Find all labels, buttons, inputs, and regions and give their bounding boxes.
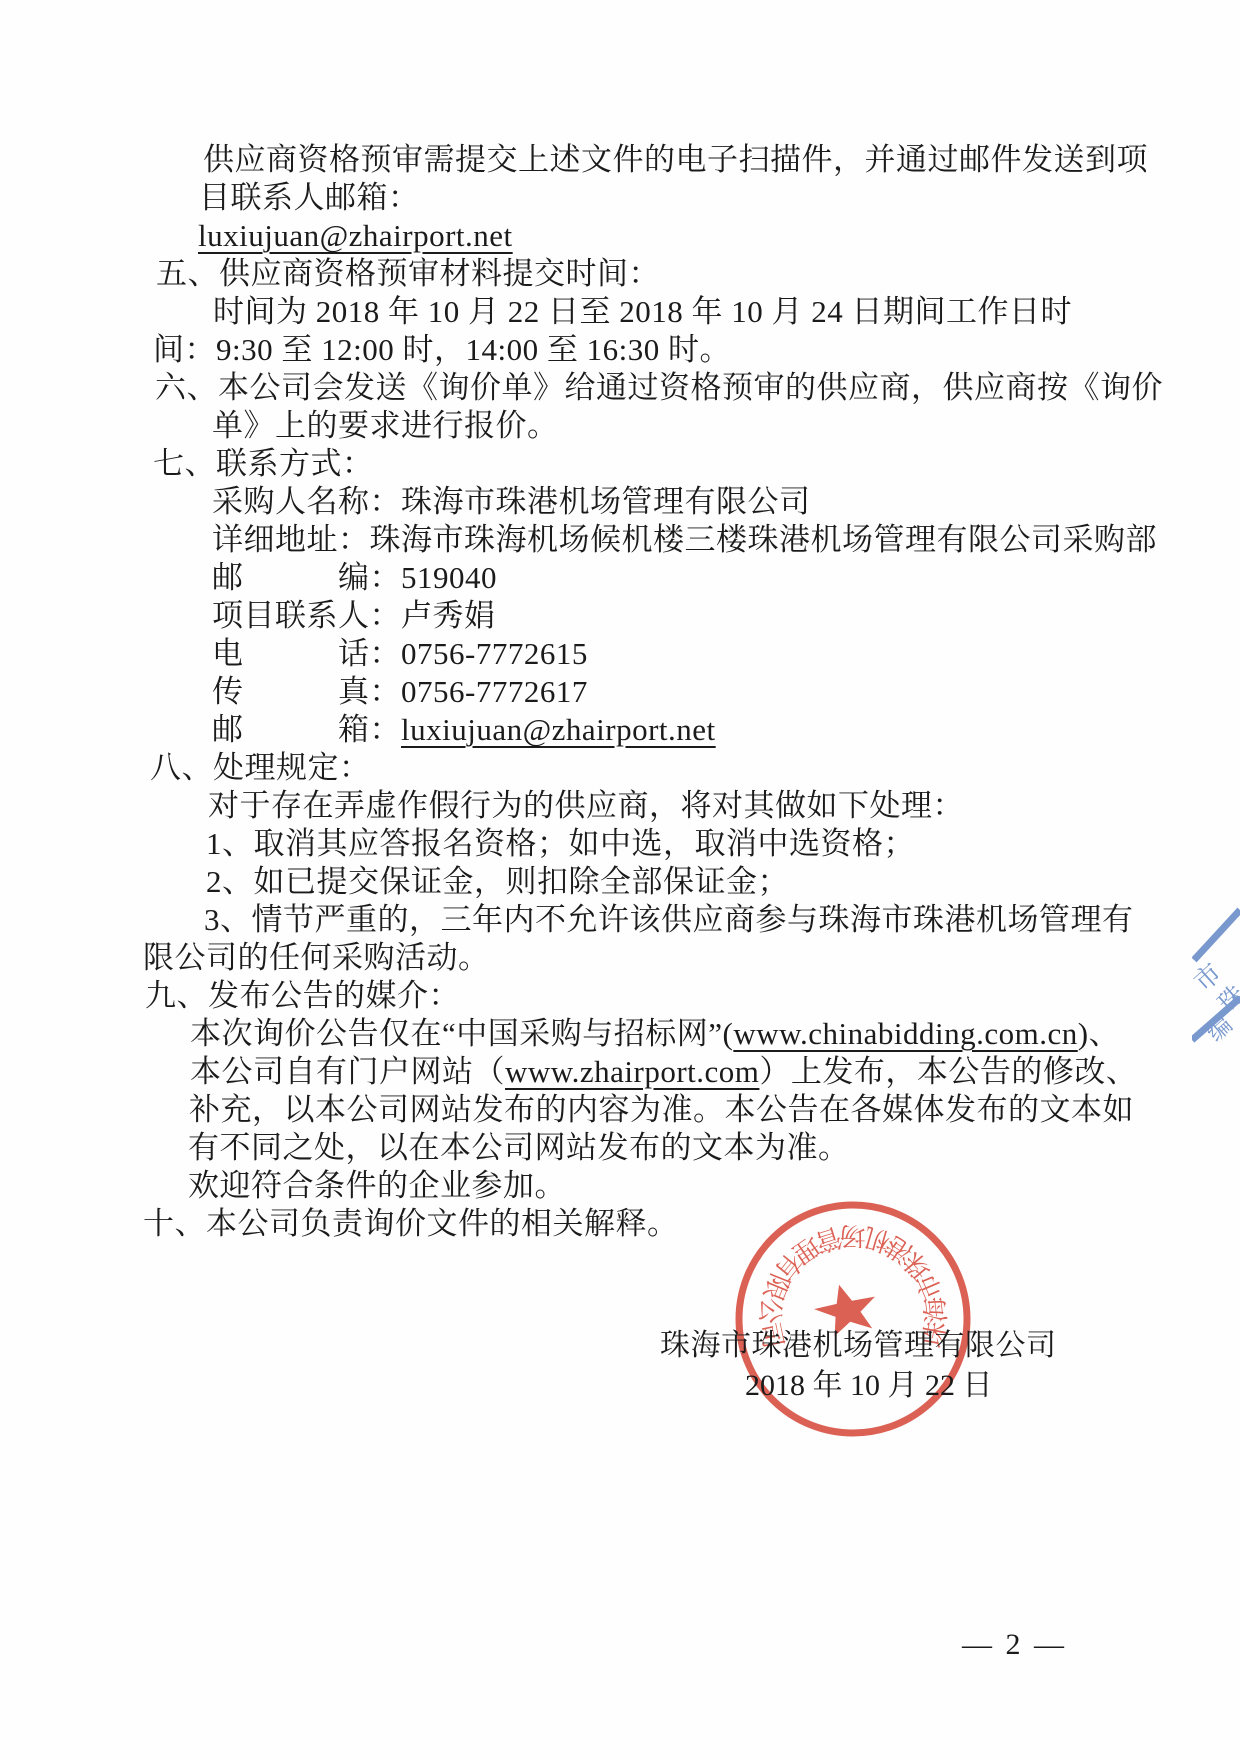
text-line: 五、供应商资格预审材料提交时间：: [0, 255, 1240, 293]
text-segment: 时间为 2018 年 10 月 22 日至 2018 年 10 月 24 日期间…: [213, 294, 1072, 329]
underlined-link-text: www.chinabidding.com.cn: [733, 1016, 1077, 1051]
text-line: 时间为 2018 年 10 月 22 日至 2018 年 10 月 24 日期间…: [0, 293, 1240, 331]
text-line: 邮 箱：luxiujuan@zhairport.net: [0, 711, 1240, 749]
text-line: 欢迎符合条件的企业参加。: [0, 1167, 1240, 1205]
text-line: 九、发布公告的媒介：: [0, 977, 1240, 1015]
text-line: 六、本公司会发送《询价单》给通过资格预审的供应商，供应商按《询价: [0, 369, 1240, 407]
text-segment: 采购人名称：珠海市珠港机场管理有限公司: [212, 484, 811, 519]
text-segment: 传 真：0756-7772617: [212, 674, 588, 709]
underlined-link-text: luxiujuan@zhairport.net: [198, 218, 513, 253]
text-segment: )、: [1078, 1016, 1120, 1051]
text-segment: 1、取消其应答报名资格；如中选，取消中选资格；: [206, 826, 915, 861]
text-segment: 十、本公司负责询价文件的相关解释。: [143, 1206, 679, 1241]
blue-stamp-border-top: [1194, 910, 1240, 960]
text-segment: 八、处理规定：: [150, 750, 371, 785]
text-segment: 本公司自有门户网站（: [190, 1054, 505, 1089]
text-segment: 目联系人邮箱：: [199, 180, 420, 215]
text-line: 1、取消其应答报名资格；如中选，取消中选资格；: [0, 825, 1240, 863]
text-segment: 详细地址：珠海市珠海机场候机楼三楼珠港机场管理有限公司采购部: [212, 522, 1157, 557]
text-segment: 本次询价公告仅在“中国采购与招标网”(: [190, 1016, 733, 1051]
text-line: 本次询价公告仅在“中国采购与招标网”(www.chinabidding.com.…: [0, 1015, 1240, 1053]
company-seal-stamp: 珠海市珠港机场管理有限公司: [723, 1189, 983, 1449]
text-segment: 七、联系方式：: [153, 446, 374, 481]
text-line: 供应商资格预审需提交上述文件的电子扫描件，并通过邮件发送到项: [0, 141, 1240, 179]
text-line: 八、处理规定：: [0, 749, 1240, 787]
text-line: 间：9:30 至 12:00 时，14:00 至 16:30 时。: [0, 331, 1240, 369]
text-segment: 对于存在弄虚作假行为的供应商，将对其做如下处理：: [208, 788, 964, 823]
text-line: 3、情节严重的，三年内不允许该供应商参与珠海市珠港机场管理有: [0, 901, 1240, 939]
text-line: 电 话：0756-7772615: [0, 635, 1240, 673]
text-line: luxiujuan@zhairport.net: [0, 217, 1240, 255]
text-line: 对于存在弄虚作假行为的供应商，将对其做如下处理：: [0, 787, 1240, 825]
document-body: 供应商资格预审需提交上述文件的电子扫描件，并通过邮件发送到项目联系人邮箱：lux…: [0, 141, 1240, 1243]
text-segment: 2、如已提交保证金，则扣除全部保证金；: [206, 864, 789, 899]
underlined-link-text: www.zhairport.com: [505, 1054, 759, 1089]
text-line: 2、如已提交保证金，则扣除全部保证金；: [0, 863, 1240, 901]
text-line: 七、联系方式：: [0, 445, 1240, 483]
text-line: 传 真：0756-7772617: [0, 673, 1240, 711]
text-line: 限公司的任何采购活动。: [0, 939, 1240, 977]
signature-date: 2018 年 10 月 22 日: [745, 1360, 993, 1404]
text-line: 详细地址：珠海市珠海机场候机楼三楼珠港机场管理有限公司采购部: [0, 521, 1240, 559]
text-segment: 项目联系人：卢秀娟: [212, 598, 496, 633]
document-page: 供应商资格预审需提交上述文件的电子扫描件，并通过邮件发送到项目联系人邮箱：lux…: [0, 0, 1240, 1760]
text-line: 十、本公司负责询价文件的相关解释。: [0, 1205, 1240, 1243]
text-segment: 六、本公司会发送《询价单》给通过资格预审的供应商，供应商按《询价: [155, 370, 1163, 405]
text-segment: 供应商资格预审需提交上述文件的电子扫描件，并通过邮件发送到项: [203, 142, 1148, 177]
text-line: 邮 编：519040: [0, 559, 1240, 597]
text-line: 本公司自有门户网站（www.zhairport.com）上发布，本公告的修改、: [0, 1053, 1240, 1091]
page-number: — 2 —: [962, 1628, 1067, 1662]
text-segment: 欢迎符合条件的企业参加。: [188, 1168, 566, 1203]
text-segment: 邮 箱：: [212, 712, 401, 747]
text-segment: 九、发布公告的媒介：: [145, 978, 460, 1013]
text-segment: 有不同之处，以在本公司网站发布的文本为准。: [188, 1130, 850, 1165]
text-line: 单》上的要求进行报价。: [0, 407, 1240, 445]
text-segment: 五、供应商资格预审材料提交时间：: [156, 256, 660, 291]
text-line: 补充，以本公司网站发布的内容为准。本公告在各媒体发布的文本如: [0, 1091, 1240, 1129]
text-segment: 邮 编：519040: [212, 560, 497, 595]
text-segment: 电 话：0756-7772615: [212, 636, 588, 671]
text-line: 采购人名称：珠海市珠港机场管理有限公司: [0, 483, 1240, 521]
text-segment: ）上发布，本公告的修改、: [759, 1054, 1137, 1089]
blue-stamp-fragment: 市 珠 编: [1192, 896, 1240, 1046]
text-segment: 间：9:30 至 12:00 时，14:00 至 16:30 时。: [153, 332, 731, 367]
text-segment: 补充，以本公司网站发布的内容为准。本公告在各媒体发布的文本如: [189, 1092, 1134, 1127]
underlined-link-text: luxiujuan@zhairport.net: [401, 712, 716, 747]
text-line: 目联系人邮箱：: [0, 179, 1240, 217]
text-segment: 3、情节严重的，三年内不允许该供应商参与珠海市珠港机场管理有: [204, 902, 1134, 937]
signature-company-name: 珠海市珠港机场管理有限公司: [660, 1320, 1057, 1364]
text-line: 有不同之处，以在本公司网站发布的文本为准。: [0, 1129, 1240, 1167]
text-segment: 单》上的要求进行报价。: [212, 408, 559, 443]
text-segment: 限公司的任何采购活动。: [143, 940, 490, 975]
text-line: 项目联系人：卢秀娟: [0, 597, 1240, 635]
